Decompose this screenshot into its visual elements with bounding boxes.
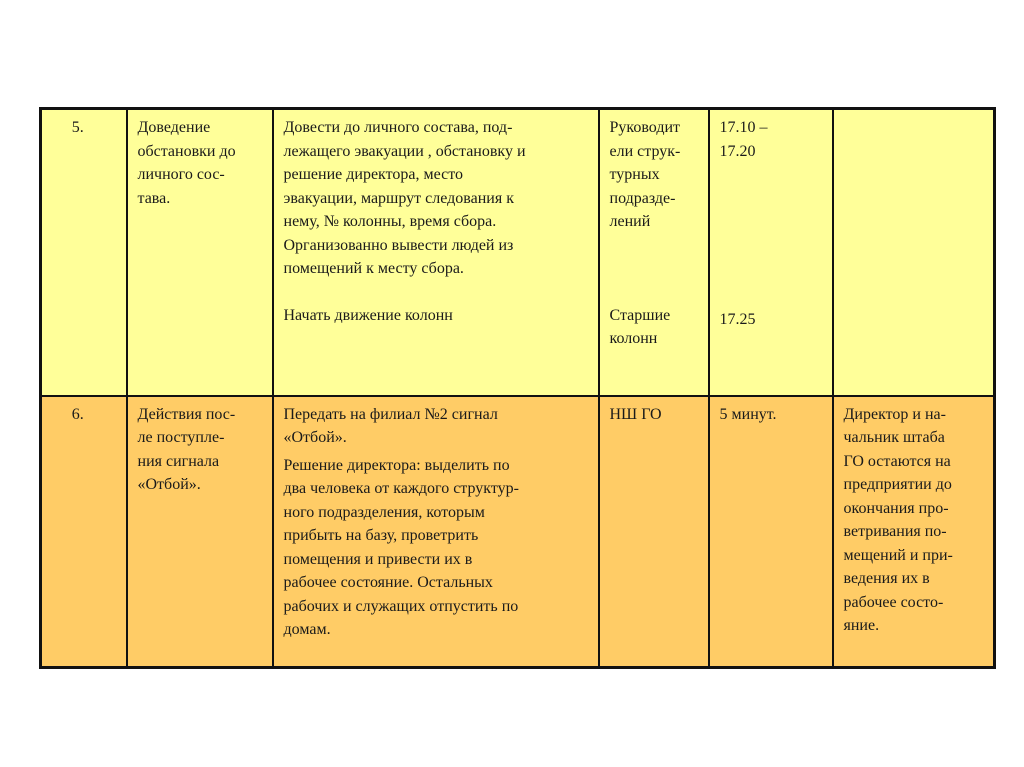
cell-note: Директор и на- чальник штаба ГО остаются… <box>833 396 995 668</box>
name-line: Доведение <box>138 116 262 140</box>
responsible-line: Руководит <box>610 116 698 140</box>
cell-responsible: НШ ГО <box>599 396 709 668</box>
row-number: 6. <box>72 406 84 423</box>
cell-time: 5 минут. <box>709 396 833 668</box>
responsible-line: подразде- <box>610 187 698 211</box>
action-line: помещений к месту сбора. <box>284 257 588 281</box>
cell-name: Действия пос- ле поступле- ния сигнала «… <box>127 396 273 668</box>
name-line: обстановки до <box>138 140 262 164</box>
cell-number: 6. <box>41 396 127 668</box>
name-line: «Отбой». <box>138 473 262 497</box>
action-line: решение директора, место <box>284 163 588 187</box>
name-line: Действия пос- <box>138 403 262 427</box>
responsible-line: турных <box>610 163 698 187</box>
action-line: ного подразделения, которым <box>284 501 588 525</box>
name-line: ле поступле- <box>138 426 262 450</box>
time-line: 17.10 – <box>720 116 822 140</box>
note-line: окончания про- <box>844 497 984 521</box>
action-line: помещения и привести их в <box>284 548 588 572</box>
time-line: 17.20 <box>720 140 822 164</box>
name-line: личного сос- <box>138 163 262 187</box>
action-line: два человека от каждого структур- <box>284 477 588 501</box>
responsible-line: НШ ГО <box>610 403 698 427</box>
time-extra: 17.25 <box>720 308 822 332</box>
name-line: ния сигнала <box>138 450 262 474</box>
action-line: «Отбой». <box>284 426 588 450</box>
action-line: Довести до личного состава, под- <box>284 116 588 140</box>
cell-action: Довести до личного состава, под- лежащег… <box>273 109 599 396</box>
note-line: Директор и на- <box>844 403 984 427</box>
note-line: ГО остаются на <box>844 450 984 474</box>
cell-number: 5. <box>41 109 127 396</box>
action-line: рабочее состояние. Остальных <box>284 571 588 595</box>
action-line: прибыть на базу, проветрить <box>284 524 588 548</box>
time-line: 5 минут. <box>720 403 822 427</box>
note-line: мещений и при- <box>844 544 984 568</box>
note-line: рабочее состо- <box>844 591 984 615</box>
note-line: ветривания по- <box>844 520 984 544</box>
cell-action: Передать на филиал №2 сигнал «Отбой». Ре… <box>273 396 599 668</box>
note-line: ведения их в <box>844 567 984 591</box>
table-row: 5. Доведение обстановки до личного сос- … <box>41 109 995 396</box>
action-line: Организованно вывести людей из <box>284 234 588 258</box>
name-line: тава. <box>138 187 262 211</box>
responsible-extra-line: Старшие <box>610 304 698 328</box>
note-line: чальник штаба <box>844 426 984 450</box>
responsible-line: лений <box>610 210 698 234</box>
responsible-extra-line: колонн <box>610 327 698 351</box>
action-line: лежащего эвакуации , обстановку и <box>284 140 588 164</box>
cell-note <box>833 109 995 396</box>
action-line: эвакуации, маршрут следования к <box>284 187 588 211</box>
cell-name: Доведение обстановки до личного сос- тав… <box>127 109 273 396</box>
row-number: 5. <box>72 119 84 136</box>
responsible-line: ели струк- <box>610 140 698 164</box>
action-line: домам. <box>284 618 588 642</box>
table-row: 6. Действия пос- ле поступле- ния сигнал… <box>41 396 995 668</box>
action-line: Передать на филиал №2 сигнал <box>284 403 588 427</box>
note-line: яние. <box>844 614 984 638</box>
action-line: рабочих и служащих отпустить по <box>284 595 588 619</box>
cell-time: 17.10 – 17.20 17.25 <box>709 109 833 396</box>
note-line: предприятии до <box>844 473 984 497</box>
action-line: Решение директора: выделить по <box>284 454 588 478</box>
evacuation-plan-table: 5. Доведение обстановки до личного сос- … <box>39 107 996 669</box>
cell-responsible: Руководит ели струк- турных подразде- ле… <box>599 109 709 396</box>
action-line: нему, № колонны, время сбора. <box>284 210 588 234</box>
action-extra: Начать движение колонн <box>284 304 588 328</box>
